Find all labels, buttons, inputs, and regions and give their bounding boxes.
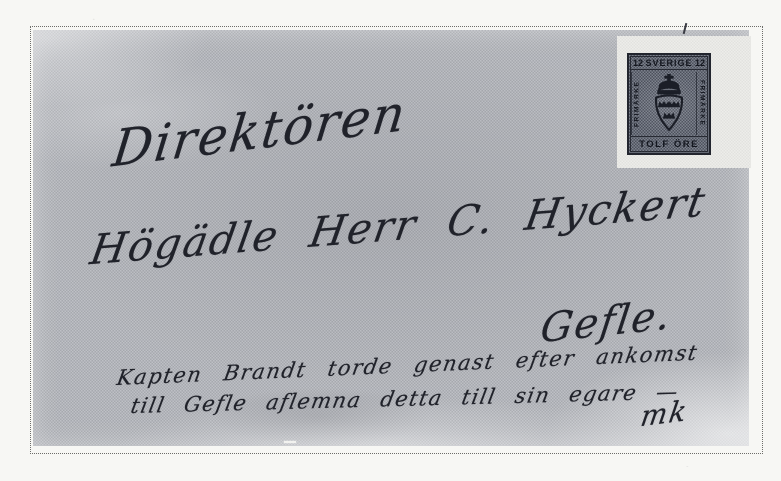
stamp-paper-patch: 12 SVERIGE 12 FRIMÄRKE FRIMÄRKE bbox=[617, 36, 751, 168]
address-line-title: Direktören bbox=[109, 83, 410, 178]
stamp-value-right: 12 bbox=[695, 58, 705, 68]
stamp-side-label-left: FRIMÄRKE bbox=[631, 72, 642, 135]
stamp-side-label-right: FRIMÄRKE bbox=[696, 72, 707, 135]
stamp-top-band: 12 SVERIGE 12 bbox=[631, 57, 707, 70]
scanned-envelope-page: Direktören Högädle Herr C. Hyckert Gefle… bbox=[0, 0, 781, 481]
postage-stamp: 12 SVERIGE 12 FRIMÄRKE FRIMÄRKE bbox=[627, 53, 711, 155]
scratch-mark bbox=[284, 441, 296, 443]
address-line-recipient: Högädle Herr C. Hyckert bbox=[87, 177, 710, 274]
stamp-value-left: 12 bbox=[633, 58, 643, 68]
stamp-country-label: SVERIGE bbox=[645, 58, 692, 68]
coat-of-arms-icon bbox=[643, 71, 695, 136]
docket-initials: mk bbox=[638, 394, 691, 434]
stamp-denomination-label: TOLF ÖRE bbox=[631, 136, 707, 151]
